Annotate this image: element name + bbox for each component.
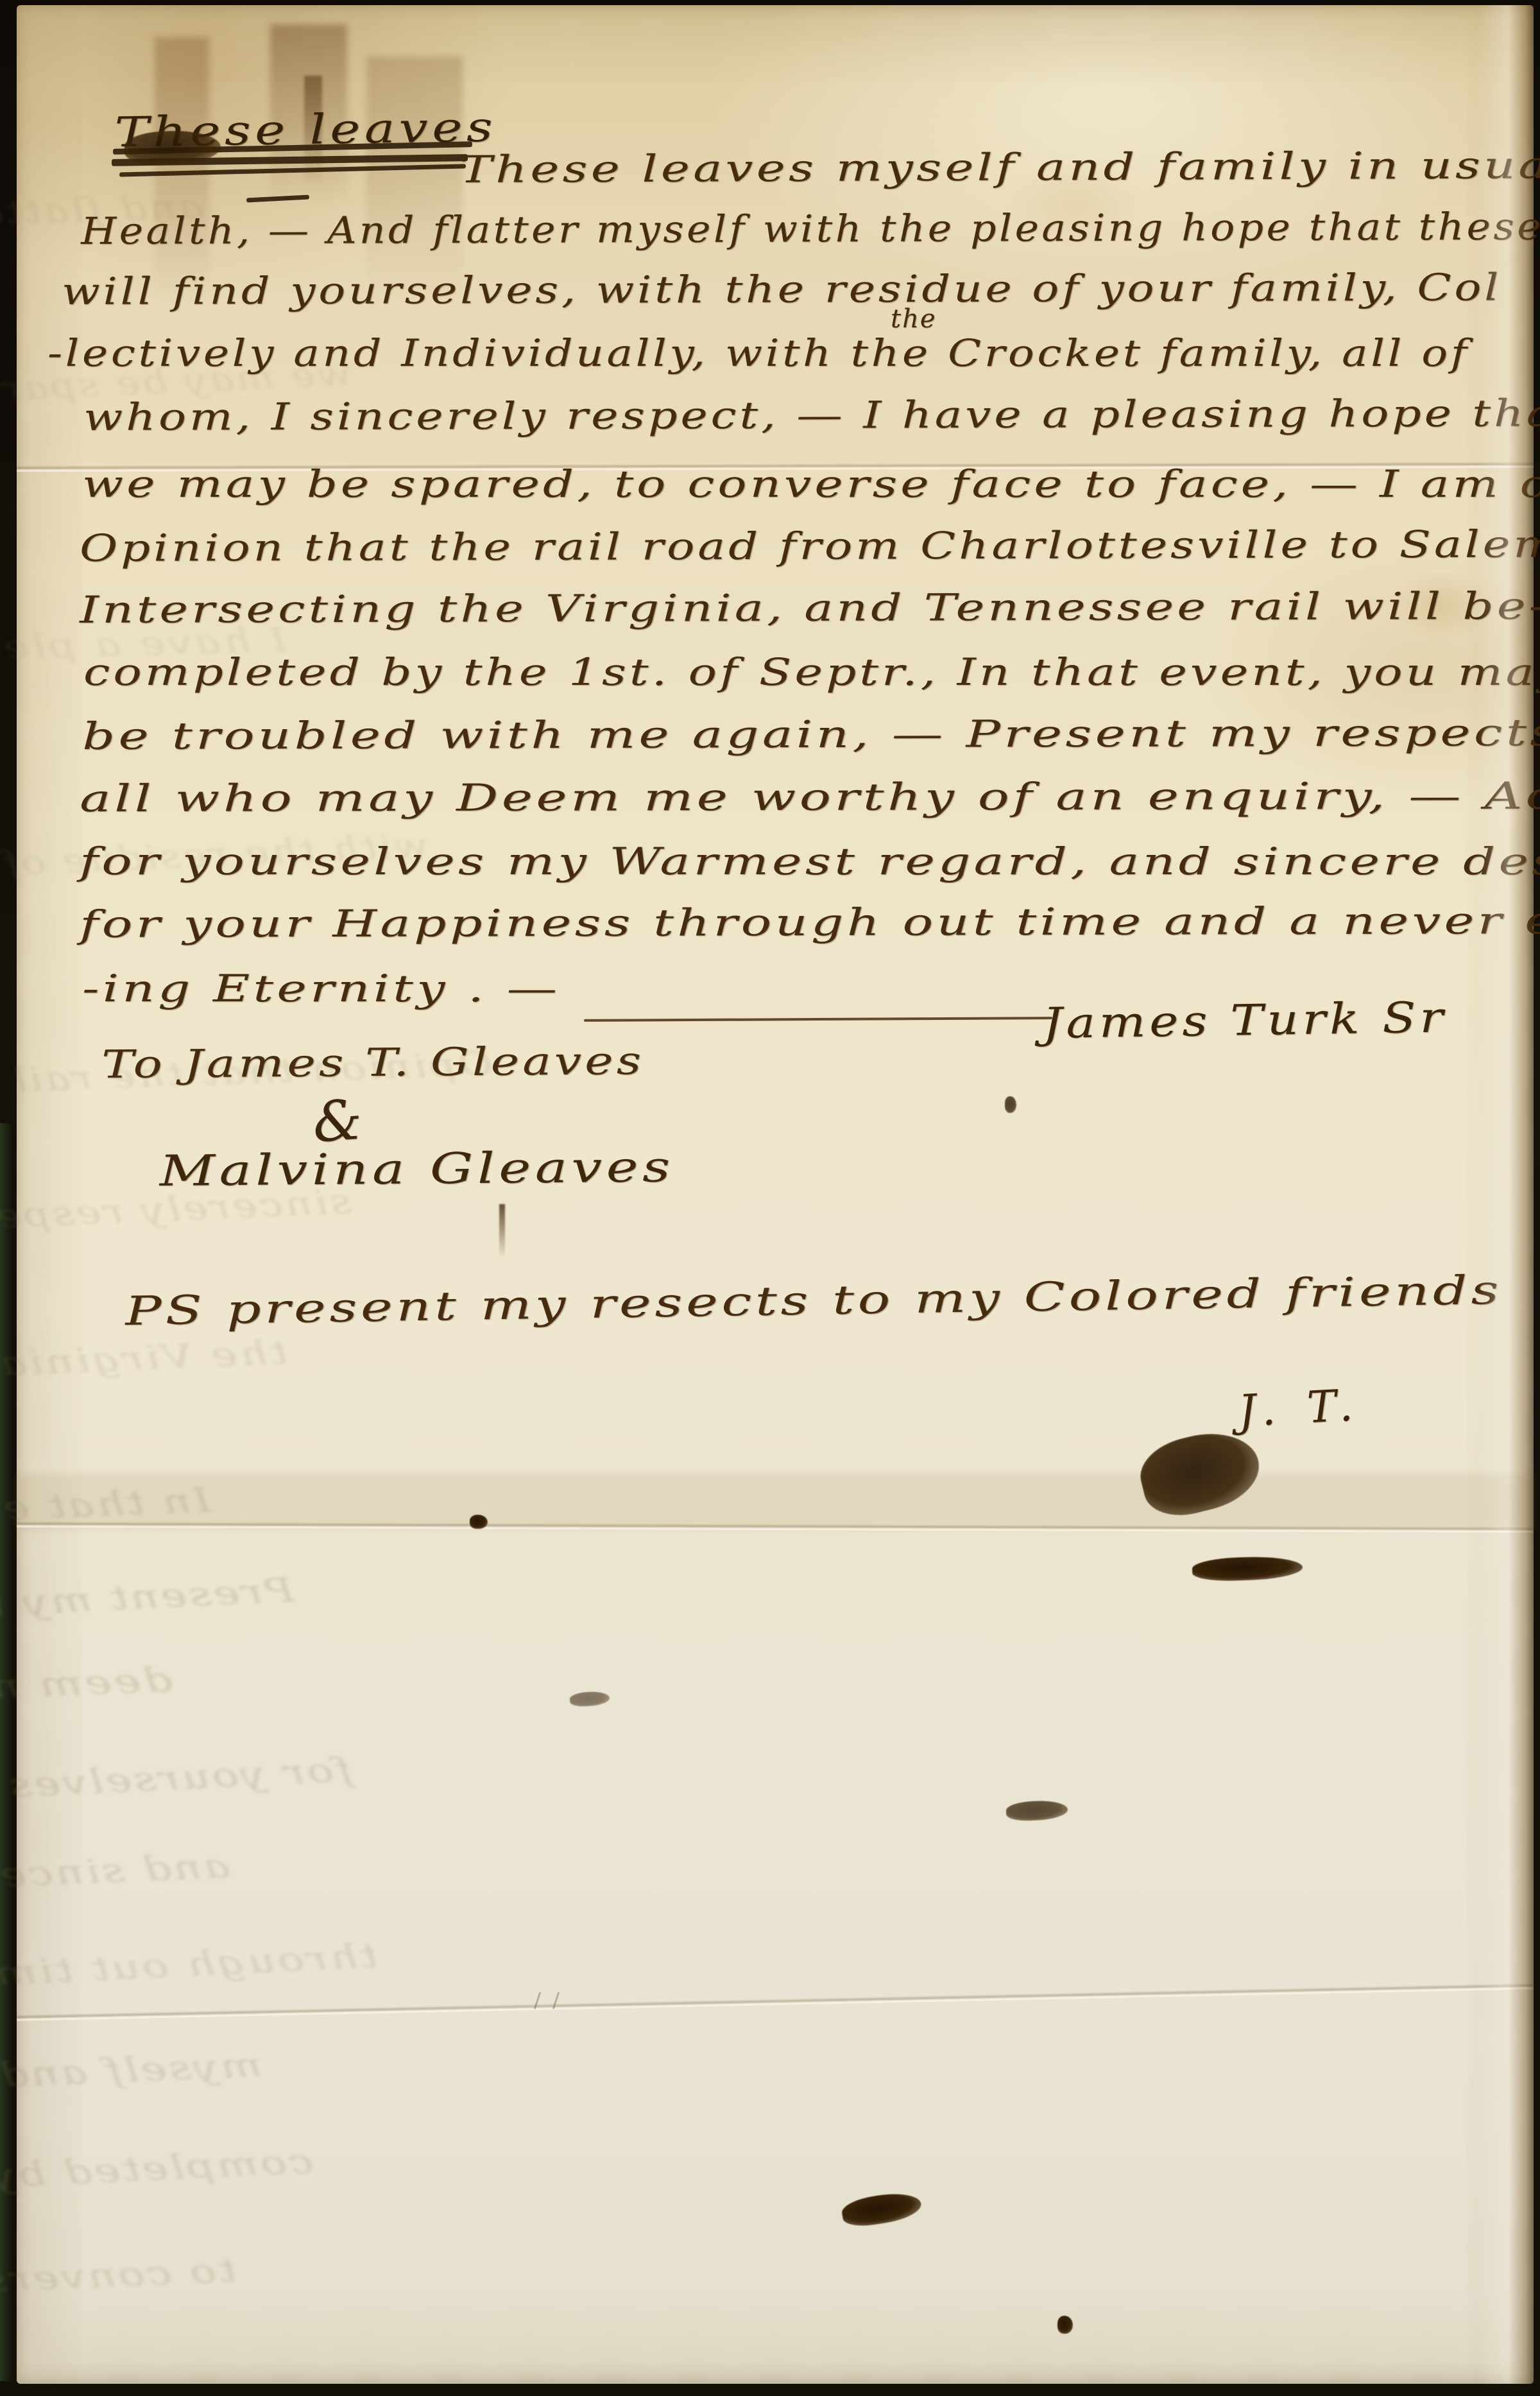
ink-spot	[470, 1515, 488, 1529]
letter-line: Health, — And flatter myself with the pl…	[81, 205, 1540, 253]
ink-smear	[840, 2189, 923, 2230]
addressee-line: Malvina Gleaves	[159, 1142, 674, 1196]
verso-showthrough-line: through out time and a never ending	[0, 1937, 379, 2018]
fold-shadow-band	[17, 1474, 1534, 1529]
letter-line: whom, I sincerely respect, — I have a pl…	[83, 391, 1540, 439]
postscript-line: PS present my resects to my Colored frie…	[124, 1266, 1503, 1334]
ink-smear	[1192, 1555, 1303, 1582]
closing-flourish-rule	[584, 1017, 1052, 1022]
interlinear-insertion: the	[891, 304, 937, 334]
letter-page: and flatter myself with the pleasing hop…	[17, 5, 1534, 2384]
verso-showthrough-line: deem me worthy of an enquiry Accept	[0, 1661, 173, 1737]
verso-showthrough-line: for yourselves my Warmest regard	[0, 1751, 354, 1829]
verso-showthrough-line: completed by the first of Sept in that	[0, 2142, 315, 2223]
verso-showthrough-line: the Virginia and Tennessee rail will be	[0, 1334, 289, 1410]
ink-drip	[499, 1204, 505, 1258]
ink-streak	[366, 56, 463, 300]
ink-speck-under-signature	[1005, 1096, 1016, 1113]
signature: James Turk Sr	[1042, 993, 1447, 1048]
verso-showthrough-line: In that event you may be troubled	[0, 1481, 212, 1553]
page-right-edge-curl	[1477, 5, 1534, 2384]
verso-showthrough-line: to converse face to face I am of	[0, 2252, 237, 2321]
postscript-initials: J. T.	[1237, 1380, 1363, 1437]
ink-smear	[1005, 1800, 1068, 1822]
letter-line: be troubled with me again, — Present my …	[82, 711, 1540, 758]
crease-shadow	[17, 1984, 1534, 2019]
letter-line: will find yourselves, with the residue o…	[62, 265, 1502, 313]
scanned-letter-image: { "document": { "kind": "handwritten let…	[0, 0, 1540, 2396]
fold-crease-lower	[17, 1984, 1534, 2022]
ink-smear-faint	[569, 1691, 610, 1707]
letter-line: -lectively and Individually, with the Cr…	[47, 331, 1470, 375]
ink-streak	[155, 37, 209, 300]
letter-line: Intersecting the Virginia, and Tennessee…	[80, 584, 1540, 632]
letter-line: we may be spared, to converse face to fa…	[82, 462, 1540, 506]
letter-line: completed by the 1st. of Septr., In that…	[83, 650, 1540, 694]
letter-line: for yourselves my Warmest regard, and si…	[80, 840, 1540, 883]
letter-line: These leaves myself and family in usual	[459, 143, 1540, 191]
crease-highlight	[17, 1987, 1534, 2021]
letter-line: all who may Deem me worthy of an enquiry…	[80, 773, 1540, 820]
ink-spot	[1057, 2316, 1073, 2334]
verso-showthrough-line: myself and family in usual Health	[0, 2046, 263, 2117]
verso-showthrough-line: Present my respects to all who may	[0, 1571, 296, 1650]
letter-line: -ing Eternity . —	[82, 967, 560, 1010]
addressee-line: To James T. Gleaves	[101, 1039, 644, 1087]
verso-showthrough-line: and sincere desire for your Happiness	[0, 1847, 231, 1923]
letter-line: for your Happiness through out time and …	[80, 899, 1540, 946]
letter-line: Opinion that the rail road from Charlott…	[80, 522, 1540, 570]
